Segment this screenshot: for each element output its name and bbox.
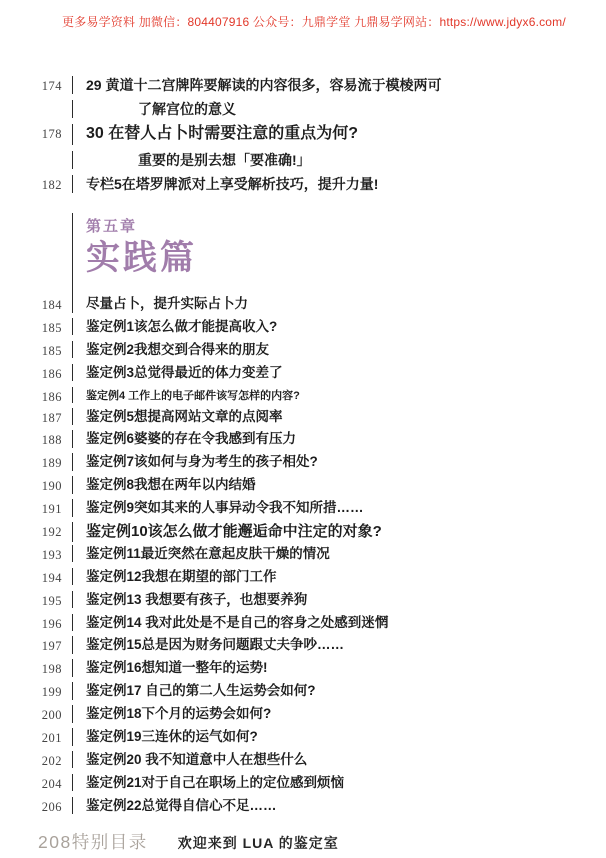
entry-text: 鉴定例6婆婆的存在令我感到有压力 (72, 430, 570, 448)
entry-text-label: 鉴定例20 我不知道意中人在想些什么 (86, 752, 307, 767)
watermark-header: 更多易学资料 加微信：804407916 公众号：九鼎学堂 九鼎易学网站：htt… (62, 13, 566, 30)
entry-text-label: 鉴定例11最近突然在意起皮肤干燥的情况 (86, 546, 330, 561)
entry-text: 鉴定例19三连休的运气如何? (72, 728, 570, 746)
entry-text: 鉴定例21对于自己在职场上的定位感到烦恼 (72, 774, 570, 792)
page-number: 187 (30, 408, 62, 426)
toc-section-chapter5: 第五章 实践篇 184尽量占卜，提升实际占卜力185鉴定例1该怎么做才能提高收入… (30, 213, 570, 820)
toc-entry: 182专栏5在塔罗牌派对上享受解析技巧，提升力量! (30, 175, 570, 199)
toc-entry: 185鉴定例2我想交到合得来的朋友 (30, 341, 570, 364)
entry-text-label: 鉴定例12我想在期望的部门工作 (86, 569, 277, 584)
toc-entry: 196鉴定例14 我对此处是不是自己的容身之处感到迷惘 (30, 614, 570, 637)
toc-entry: 202鉴定例20 我不知道意中人在想些什么 (30, 751, 570, 774)
toc-entry: 193鉴定例11最近突然在意起皮肤干燥的情况 (30, 545, 570, 568)
entry-text: 尽量占卜，提升实际占卜力 (72, 295, 570, 313)
entry-text-label: 鉴定例5想提高网站文章的点阅率 (86, 409, 283, 424)
entry-text-label: 专栏5在塔罗牌派对上享受解析技巧，提升力量! (86, 176, 378, 192)
toc-entry: 200鉴定例18下个月的运势会如何? (30, 705, 570, 728)
page-number: 199 (30, 682, 62, 700)
toc-entry: 190鉴定例8我想在两年以内结婚 (30, 476, 570, 499)
toc-entry: 197鉴定例15总是因为财务问题跟丈夫争吵…… (30, 636, 570, 659)
toc-entry: 186鉴定例4 工作上的电子邮件该写怎样的内容? (30, 387, 570, 408)
entry-text: 鉴定例4 工作上的电子邮件该写怎样的内容? (72, 387, 570, 403)
entry-text-label: 鉴定例22总觉得自信心不足…… (86, 798, 277, 813)
toc-section-top: 17429 黄道十二宫牌阵要解读的内容很多，容易流于模棱两可了解宫位的意义178… (30, 76, 570, 199)
entry-text-label: 鉴定例7该如何与身为考生的孩子相处? (86, 454, 318, 469)
toc-entry: 201鉴定例19三连休的运气如何? (30, 728, 570, 751)
entry-text-label: 鉴定例16想知道一整年的运势! (86, 660, 268, 675)
entry-text-label: 鉴定例4 工作上的电子邮件该写怎样的内容? (86, 390, 300, 402)
entry-text: 了解宫位的意义 (72, 100, 570, 118)
entry-text-label: 鉴定例21对于自己在职场上的定位感到烦恼 (86, 775, 344, 790)
entry-text-label: 30 在替人占卜时需要注意的重点为何? (86, 125, 358, 142)
entry-text-label: 鉴定例8我想在两年以内结婚 (86, 477, 256, 492)
toc-entry: 206鉴定例22总觉得自信心不足…… (30, 797, 570, 820)
toc-entry: 17830 在替人占卜时需要注意的重点为何? (30, 124, 570, 151)
page-number: 185 (30, 318, 62, 336)
page-number: 193 (30, 545, 62, 563)
entry-text: 鉴定例10该怎么做才能邂逅命中注定的对象? (72, 522, 570, 542)
page-number: 198 (30, 659, 62, 677)
toc-entry: 191鉴定例9突如其来的人事异动令我不知所措…… (30, 499, 570, 522)
entry-text-label: 鉴定例19三连休的运气如何? (86, 729, 258, 744)
toc-entry: 189鉴定例7该如何与身为考生的孩子相处? (30, 453, 570, 476)
toc-entry: 194鉴定例12我想在期望的部门工作 (30, 568, 570, 591)
page-number: 196 (30, 614, 62, 632)
toc-entry: 184尽量占卜，提升实际占卜力 (30, 295, 570, 318)
page-number: 206 (30, 797, 62, 815)
page-number: 201 (30, 728, 62, 746)
footer-text: 欢迎来到 LUA 的鉴定室 (178, 833, 339, 853)
page-number: 189 (30, 453, 62, 471)
page-number (30, 213, 62, 216)
page-number: 197 (30, 636, 62, 654)
entry-text-label: 鉴定例6婆婆的存在令我感到有压力 (86, 431, 296, 446)
entry-text-label: 鉴定例13 我想要有孩子，也想要养狗 (86, 592, 307, 607)
page-number: 186 (30, 387, 62, 405)
chapter-title: 实践篇 (86, 237, 570, 280)
page-number: 186 (30, 364, 62, 382)
entry-text: 鉴定例17 自己的第二人生运势会如何? (72, 682, 570, 700)
page-number: 194 (30, 568, 62, 586)
entry-text: 鉴定例2我想交到合得来的朋友 (72, 341, 570, 359)
page-number (30, 151, 62, 154)
entry-text: 鉴定例16想知道一整年的运势! (72, 659, 570, 677)
chapter-heading: 第五章 实践篇 (30, 213, 570, 295)
entry-text: 鉴定例12我想在期望的部门工作 (72, 568, 570, 586)
entry-text: 鉴定例22总觉得自信心不足…… (72, 797, 570, 815)
entry-text: 鉴定例3总觉得最近的体力变差了 (72, 364, 570, 382)
entry-text: 鉴定例18下个月的运势会如何? (72, 705, 570, 723)
footer-page-title: 208特别目录 (38, 829, 148, 854)
entry-text: 鉴定例7该如何与身为考生的孩子相处? (72, 453, 570, 471)
toc-entry: 186鉴定例3总觉得最近的体力变差了 (30, 364, 570, 387)
toc-entry: 188鉴定例6婆婆的存在令我感到有压力 (30, 430, 570, 453)
page-number: 200 (30, 705, 62, 723)
chapter-kicker: 第五章 (86, 217, 570, 237)
entry-text-label: 了解宫位的意义 (86, 100, 236, 118)
entry-text: 鉴定例15总是因为财务问题跟丈夫争吵…… (72, 636, 570, 654)
entry-text-label: 鉴定例2我想交到合得来的朋友 (86, 342, 269, 357)
entry-text-label: 鉴定例17 自己的第二人生运势会如何? (86, 683, 316, 698)
page-number: 178 (30, 124, 62, 142)
entry-text: 鉴定例11最近突然在意起皮肤干燥的情况 (72, 545, 570, 563)
toc: 17429 黄道十二宫牌阵要解读的内容很多，容易流于模棱两可了解宫位的意义178… (30, 76, 570, 854)
page-number: 195 (30, 591, 62, 609)
entry-text-label: 尽量占卜，提升实际占卜力 (86, 296, 248, 311)
toc-entry: 了解宫位的意义 (30, 100, 570, 124)
entry-text-label: 鉴定例10该怎么做才能邂逅命中注定的对象? (86, 523, 382, 540)
toc-entry: 187鉴定例5想提高网站文章的点阅率 (30, 408, 570, 431)
page-number: 202 (30, 751, 62, 769)
toc-entry: 185鉴定例1该怎么做才能提高收入? (30, 318, 570, 341)
page-number: 204 (30, 774, 62, 792)
page-number: 192 (30, 522, 62, 540)
toc-entry: 17429 黄道十二宫牌阵要解读的内容很多，容易流于模棱两可 (30, 76, 570, 100)
entry-text: 鉴定例14 我对此处是不是自己的容身之处感到迷惘 (72, 614, 570, 632)
toc-entry: 重要的是别去想「要准确!」 (30, 151, 570, 175)
page-number: 190 (30, 476, 62, 494)
entry-text: 鉴定例20 我不知道意中人在想些什么 (72, 751, 570, 769)
toc-entry: 204鉴定例21对于自己在职场上的定位感到烦恼 (30, 774, 570, 797)
page-number: 182 (30, 175, 62, 193)
toc-entry: 198鉴定例16想知道一整年的运势! (30, 659, 570, 682)
toc-entry: 199鉴定例17 自己的第二人生运势会如何? (30, 682, 570, 705)
entry-text-label: 鉴定例1该怎么做才能提高收入? (86, 319, 277, 334)
entry-text-label: 鉴定例9突如其来的人事异动令我不知所措…… (86, 500, 364, 515)
entry-text: 鉴定例8我想在两年以内结婚 (72, 476, 570, 494)
page-number: 188 (30, 430, 62, 448)
entry-text: 鉴定例1该怎么做才能提高收入? (72, 318, 570, 336)
entry-text: 重要的是别去想「要准确!」 (72, 151, 570, 169)
entry-text-label: 重要的是别去想「要准确!」 (86, 151, 311, 169)
chapter-heading-text: 第五章 实践篇 (72, 213, 570, 295)
footer-entry: 208特别目录 欢迎来到 LUA 的鉴定室 (30, 829, 570, 854)
toc-entries: 184尽量占卜，提升实际占卜力185鉴定例1该怎么做才能提高收入?185鉴定例2… (30, 295, 570, 820)
entry-text: 鉴定例5想提高网站文章的点阅率 (72, 408, 570, 426)
page-number: 191 (30, 499, 62, 517)
entry-text-label: 29 黄道十二宫牌阵要解读的内容很多，容易流于模棱两可 (86, 77, 441, 93)
page-number: 185 (30, 341, 62, 359)
entry-text: 29 黄道十二宫牌阵要解读的内容很多，容易流于模棱两可 (72, 76, 570, 94)
page-number: 184 (30, 295, 62, 313)
toc-entry: 192鉴定例10该怎么做才能邂逅命中注定的对象? (30, 522, 570, 545)
page-number: 174 (30, 76, 62, 94)
entry-text: 鉴定例13 我想要有孩子，也想要养狗 (72, 591, 570, 609)
page-number (30, 100, 62, 103)
entry-text: 鉴定例9突如其来的人事异动令我不知所措…… (72, 499, 570, 517)
entry-text-label: 鉴定例15总是因为财务问题跟丈夫争吵…… (86, 637, 344, 652)
entry-text-label: 鉴定例3总觉得最近的体力变差了 (86, 365, 283, 380)
book-toc-page: 更多易学资料 加微信：804407916 公众号：九鼎学堂 九鼎易学网站：htt… (0, 0, 606, 858)
entry-text: 专栏5在塔罗牌派对上享受解析技巧，提升力量! (72, 175, 570, 193)
entry-text: 30 在替人占卜时需要注意的重点为何? (72, 124, 570, 145)
toc-entry: 195鉴定例13 我想要有孩子，也想要养狗 (30, 591, 570, 614)
entry-text-label: 鉴定例18下个月的运势会如何? (86, 706, 271, 721)
entry-text-label: 鉴定例14 我对此处是不是自己的容身之处感到迷惘 (86, 615, 388, 630)
